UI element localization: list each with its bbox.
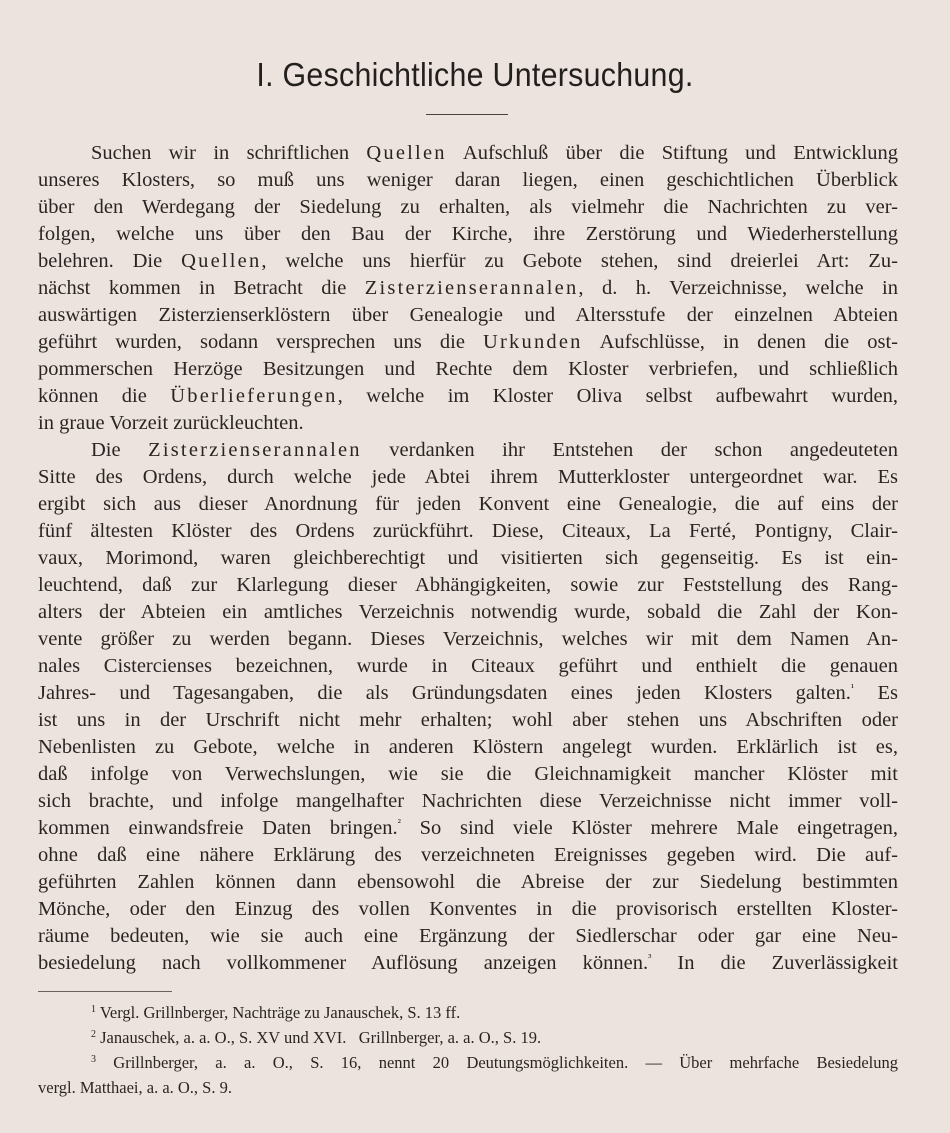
text-line: vaux, Morimond, waren gleichberechtigt u… xyxy=(38,545,898,572)
emphasized-term: Zisterzienserannalen xyxy=(148,439,362,461)
text-line: belehren. Die Quellen, welche uns hierfü… xyxy=(38,248,898,275)
footnote-2: 2 Janauschek, a. a. O., S. XV und XVI. G… xyxy=(38,1025,898,1050)
text-line: über den Werdegang der Siedelung zu erha… xyxy=(38,194,898,221)
text-line: vente größer zu werden begann. Dieses Ve… xyxy=(38,626,898,653)
text-line: unseres Klosters, so muß uns weniger dar… xyxy=(38,167,898,194)
footnote-text: Janauschek, a. a. O., S. XV und XVI. Gri… xyxy=(100,1028,541,1047)
footnote-marker: 2 xyxy=(91,1029,96,1040)
text-line: pommerschen Herzöge Besitzungen und Rech… xyxy=(38,356,898,383)
emphasized-term: Zisterzienserannalen xyxy=(365,277,579,299)
footnotes: 1 Vergl. Grillnberger, Nachträge zu Jana… xyxy=(38,1000,898,1100)
text-line: folgen, welche uns über den Bau der Kirc… xyxy=(38,221,898,248)
footnote-3: 3 Grillnberger, a. a. O., S. 16, nennt 2… xyxy=(38,1050,898,1075)
text-line: Jahres- und Tagesangaben, die als Gründu… xyxy=(38,680,898,707)
text-line: Nebenlisten zu Gebote, welche in anderen… xyxy=(38,734,898,761)
text-line: geführten Zahlen können dann ebensowohl … xyxy=(38,869,898,896)
footnote-marker: 1 xyxy=(91,1004,96,1015)
text-line: räume bedeuten, wie sie auch eine Ergänz… xyxy=(38,923,898,950)
emphasized-term: Urkunden xyxy=(483,331,583,353)
text-line: ohne daß eine nähere Erklärung des verze… xyxy=(38,842,898,869)
footnote-1: 1 Vergl. Grillnberger, Nachträge zu Jana… xyxy=(38,1000,898,1025)
text-line: nales Cistercienses bezeichnen, wurde in… xyxy=(38,653,898,680)
chapter-title: I. Geschichtliche Untersuchung. xyxy=(38,56,912,94)
text-line: geführt wurden, sodann versprechen uns d… xyxy=(38,329,898,356)
text-line: in graue Vorzeit zurückleuchten. xyxy=(38,410,898,437)
footnote-reference: ¹ xyxy=(851,682,854,694)
footnote-reference: ³ xyxy=(648,952,651,964)
footnote-3-continued: vergl. Matthaei, a. a. O., S. 9. xyxy=(38,1075,898,1100)
emphasized-term: Quellen xyxy=(366,142,446,164)
text-line: nächst kommen in Betracht die Zisterzien… xyxy=(38,275,898,302)
text-line: sich brachte, und infolge mangelhafter N… xyxy=(38,788,898,815)
footnote-separator xyxy=(38,991,172,992)
text-line: besiedelung nach vollkommener Auflösung … xyxy=(38,950,898,977)
text-line: Mönche, oder den Einzug des vollen Konve… xyxy=(38,896,898,923)
footnote-reference: ² xyxy=(398,817,401,829)
text-line: alters der Abteien ein amtliches Verzeic… xyxy=(38,599,898,626)
body-text: Suchen wir in schriftlichen Quellen Aufs… xyxy=(38,140,898,977)
text-line: Suchen wir in schriftlichen Quellen Aufs… xyxy=(38,140,898,167)
emphasized-term: Überlieferungen xyxy=(170,385,337,407)
title-divider xyxy=(426,114,508,115)
text-line: Sitte des Ordens, durch welche jede Abte… xyxy=(38,464,898,491)
text-line: können die Überlieferungen, welche im Kl… xyxy=(38,383,898,410)
text-line: ergibt sich aus dieser Anordnung für jed… xyxy=(38,491,898,518)
document-page: I. Geschichtliche Untersuchung. Suchen w… xyxy=(0,0,950,1133)
text-line: ist uns in der Urschrift nicht mehr erha… xyxy=(38,707,898,734)
text-line: daß infolge von Verwechslungen, wie sie … xyxy=(38,761,898,788)
text-line: leuchtend, daß zur Klarlegung dieser Abh… xyxy=(38,572,898,599)
text-line: fünf ältesten Klöster des Ordens zurückf… xyxy=(38,518,898,545)
footnote-text: Grillnberger, a. a. O., S. 16, nennt 20 … xyxy=(113,1053,898,1072)
emphasized-term: Quellen xyxy=(181,250,261,272)
text-line: kommen einwandsfreie Daten bringen.² So … xyxy=(38,815,898,842)
text-line: auswärtigen Zisterzienserklöstern über G… xyxy=(38,302,898,329)
text-line: Die Zisterzienserannalen verdanken ihr E… xyxy=(38,437,898,464)
footnote-text: Vergl. Grillnberger, Nachträge zu Janaus… xyxy=(100,1003,460,1022)
footnote-marker: 3 xyxy=(91,1054,96,1065)
